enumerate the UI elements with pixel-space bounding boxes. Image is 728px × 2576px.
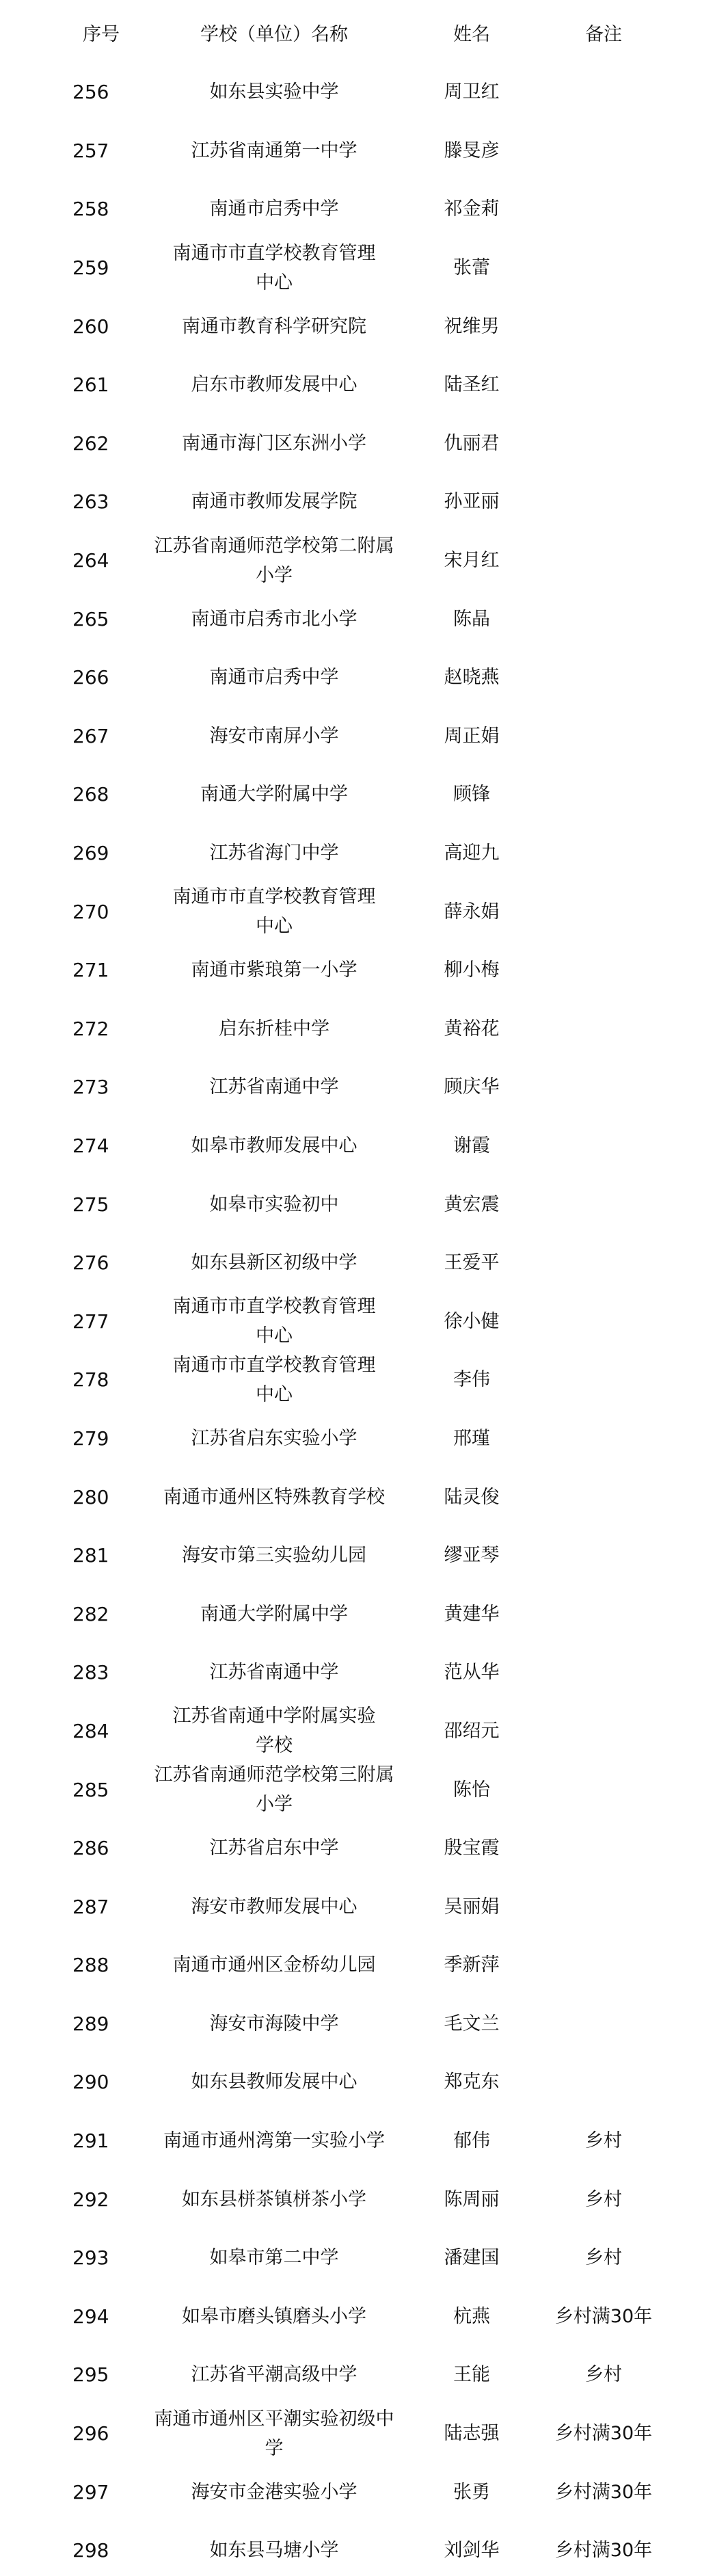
cell-school-line: 南通市通州区平潮实验初级中 — [154, 2404, 394, 2434]
table-row: 269江苏省海门中学高迎九 — [0, 824, 728, 883]
cell-school-line: 启东市教师发展中心 — [191, 370, 358, 399]
cell-seq: 272 — [62, 1000, 141, 1059]
cell-school-line: 南通市市直学校教育管理 — [173, 882, 376, 912]
table-row: 294如皋市磨头镇磨头小学杭燕乡村满30年 — [0, 2287, 728, 2346]
cell-seq: 291 — [62, 2112, 141, 2170]
table-row: 283江苏省南通中学范从华 — [0, 1643, 728, 1702]
cell-name: 薛永娟 — [417, 882, 526, 941]
cell-seq: 260 — [62, 297, 141, 356]
cell-remark: 乡村 — [533, 2346, 674, 2404]
cell-school: 江苏省启东实验小学 — [141, 1409, 407, 1468]
cell-name: 黄建华 — [417, 1584, 526, 1643]
cell-school-line: 江苏省海门中学 — [210, 838, 339, 868]
cell-seq: 275 — [62, 1175, 141, 1234]
cell-remark — [533, 239, 674, 297]
cell-school: 南通市教育科学研究院 — [141, 297, 407, 356]
cell-school: 启东折桂中学 — [141, 1000, 407, 1059]
cell-name: 滕旻彦 — [417, 122, 526, 181]
cell-remark — [533, 648, 674, 707]
cell-remark: 乡村 — [533, 2112, 674, 2170]
cell-school: 江苏省海门中学 — [141, 824, 407, 883]
cell-name: 宋月红 — [417, 531, 526, 590]
table-row: 272启东折桂中学黄裕花 — [0, 1000, 728, 1059]
table-row: 279江苏省启东实验小学邢瑾 — [0, 1409, 728, 1468]
cell-remark — [533, 765, 674, 824]
cell-seq: 288 — [62, 1936, 141, 1995]
cell-school: 如皋市教师发展中心 — [141, 1117, 407, 1176]
cell-seq: 266 — [62, 648, 141, 707]
cell-school: 南通市市直学校教育管理中心 — [141, 239, 407, 297]
cell-school-line: 江苏省启东中学 — [210, 1833, 339, 1863]
cell-seq: 268 — [62, 765, 141, 824]
cell-seq: 290 — [62, 2053, 141, 2112]
cell-name: 王爱平 — [417, 1234, 526, 1292]
cell-remark — [533, 589, 674, 648]
cell-school-line: 江苏省南通中学附属实验 — [173, 1701, 376, 1731]
cell-school: 江苏省南通第一中学 — [141, 122, 407, 181]
cell-school: 南通市通州区平潮实验初级中学 — [141, 2404, 407, 2463]
cell-school-line: 中心 — [256, 1380, 293, 1409]
cell-remark: 乡村满30年 — [533, 2521, 674, 2576]
cell-school-line: 江苏省南通师范学校第三附属 — [154, 1760, 394, 1790]
cell-school-line: 小学 — [256, 1790, 293, 1819]
cell-school-line: 南通市启秀中学 — [210, 663, 339, 692]
table-row: 266南通市启秀中学赵晓燕 — [0, 648, 728, 707]
cell-name: 黄裕花 — [417, 1000, 526, 1059]
table-row: 259南通市市直学校教育管理中心张蕾 — [0, 239, 728, 297]
cell-school: 海安市第三实验幼儿园 — [141, 1526, 407, 1585]
cell-school: 如皋市实验初中 — [141, 1175, 407, 1234]
cell-name: 顾庆华 — [417, 1058, 526, 1117]
cell-school-line: 学校 — [256, 1731, 293, 1760]
cell-school: 南通市海门区东洲小学 — [141, 414, 407, 473]
table-row: 278南通市市直学校教育管理中心李伟 — [0, 1351, 728, 1409]
cell-remark — [533, 1000, 674, 1059]
cell-seq: 261 — [62, 356, 141, 414]
table-row: 263南通市教师发展学院孙亚丽 — [0, 473, 728, 531]
cell-school-line: 南通市通州区金桥幼儿园 — [173, 1950, 376, 1980]
table-row: 298如东县马塘小学刘剑华乡村满30年 — [0, 2521, 728, 2576]
cell-seq: 287 — [62, 1877, 141, 1936]
cell-seq: 297 — [62, 2462, 141, 2521]
table-row: 282南通大学附属中学黄建华 — [0, 1584, 728, 1643]
cell-remark — [533, 1468, 674, 1526]
cell-school: 海安市海陵中学 — [141, 1995, 407, 2054]
cell-seq: 259 — [62, 239, 141, 297]
cell-name: 徐小健 — [417, 1292, 526, 1351]
table-row: 258南通市启秀中学祁金莉 — [0, 180, 728, 239]
table-row: 284江苏省南通中学附属实验学校邵绍元 — [0, 1702, 728, 1761]
cell-seq: 274 — [62, 1117, 141, 1176]
table-row: 277南通市市直学校教育管理中心徐小健 — [0, 1292, 728, 1351]
cell-seq: 273 — [62, 1058, 141, 1117]
cell-school-line: 如皋市第二中学 — [210, 2243, 339, 2272]
cell-school: 南通市市直学校教育管理中心 — [141, 1351, 407, 1409]
cell-name: 邢瑾 — [417, 1409, 526, 1468]
cell-seq: 271 — [62, 941, 141, 1000]
cell-name: 陈周丽 — [417, 2170, 526, 2229]
table-row: 292如东县栟茶镇栟茶小学陈周丽乡村 — [0, 2170, 728, 2229]
cell-school-line: 小学 — [256, 561, 293, 590]
table-row: 287海安市教师发展中心吴丽娟 — [0, 1877, 728, 1936]
cell-remark — [533, 473, 674, 531]
cell-remark — [533, 1175, 674, 1234]
cell-name: 黄宏震 — [417, 1175, 526, 1234]
cell-school-line: 南通市市直学校教育管理 — [173, 239, 376, 268]
cell-name: 陆灵俊 — [417, 1468, 526, 1526]
cell-seq: 277 — [62, 1292, 141, 1351]
cell-seq: 256 — [62, 63, 141, 122]
table-row: 257江苏省南通第一中学滕旻彦 — [0, 122, 728, 181]
cell-name: 陆圣红 — [417, 356, 526, 414]
cell-school: 如东县教师发展中心 — [141, 2053, 407, 2112]
cell-name: 祝维男 — [417, 297, 526, 356]
cell-name: 赵晓燕 — [417, 648, 526, 707]
cell-school-line: 如东县实验中学 — [210, 77, 339, 107]
cell-school: 南通市启秀中学 — [141, 180, 407, 239]
cell-seq: 263 — [62, 473, 141, 531]
cell-school-line: 启东折桂中学 — [219, 1014, 329, 1044]
cell-school-line: 南通市紫琅第一小学 — [191, 955, 358, 985]
cell-school: 南通大学附属中学 — [141, 765, 407, 824]
cell-school-line: 如东县栟茶镇栟茶小学 — [182, 2185, 366, 2214]
cell-seq: 294 — [62, 2287, 141, 2346]
cell-school-line: 学 — [265, 2434, 284, 2463]
cell-school: 如东县栟茶镇栟茶小学 — [141, 2170, 407, 2229]
cell-seq: 298 — [62, 2521, 141, 2576]
cell-name: 周卫红 — [417, 63, 526, 122]
cell-remark — [533, 1877, 674, 1936]
cell-name: 范从华 — [417, 1643, 526, 1702]
cell-school: 江苏省南通师范学校第二附属小学 — [141, 531, 407, 590]
table-row: 260南通市教育科学研究院祝维男 — [0, 297, 728, 356]
cell-seq: 283 — [62, 1643, 141, 1702]
cell-school: 江苏省南通中学 — [141, 1058, 407, 1117]
cell-school-line: 南通市海门区东洲小学 — [182, 429, 366, 458]
cell-seq: 267 — [62, 707, 141, 766]
cell-school-line: 海安市第三实验幼儿园 — [182, 1541, 366, 1570]
cell-school: 南通市启秀中学 — [141, 648, 407, 707]
cell-school-line: 中心 — [256, 1321, 293, 1351]
cell-school-line: 江苏省南通师范学校第二附属 — [154, 531, 394, 561]
cell-school: 江苏省南通师范学校第三附属小学 — [141, 1760, 407, 1819]
table-row: 291南通市通州湾第一实验小学郁伟乡村 — [0, 2112, 728, 2170]
table-row: 256如东县实验中学周卫红 — [0, 63, 728, 122]
cell-remark — [533, 1117, 674, 1176]
cell-name: 李伟 — [417, 1351, 526, 1409]
cell-name: 殷宝霞 — [417, 1819, 526, 1878]
table-header-row: 序号 学校（单位）名称 姓名 备注 — [0, 5, 728, 63]
cell-name: 陈怡 — [417, 1760, 526, 1819]
cell-school: 海安市南屏小学 — [141, 707, 407, 766]
cell-school-line: 江苏省平潮高级中学 — [191, 2360, 358, 2389]
cell-school-line: 如东县新区初级中学 — [191, 1248, 358, 1277]
cell-school: 南通市市直学校教育管理中心 — [141, 1292, 407, 1351]
table-row: 293如皋市第二中学潘建国乡村 — [0, 2229, 728, 2287]
cell-seq: 285 — [62, 1760, 141, 1819]
table-row: 290如东县教师发展中心郑克东 — [0, 2053, 728, 2112]
cell-seq: 262 — [62, 414, 141, 473]
cell-school: 如东县实验中学 — [141, 63, 407, 122]
table-row: 296南通市通州区平潮实验初级中学陆志强乡村满30年 — [0, 2404, 728, 2463]
cell-seq: 295 — [62, 2346, 141, 2404]
cell-remark — [533, 1292, 674, 1351]
cell-seq: 292 — [62, 2170, 141, 2229]
cell-remark — [533, 180, 674, 239]
cell-seq: 257 — [62, 122, 141, 181]
cell-school-line: 南通市通州湾第一实验小学 — [163, 2126, 385, 2155]
table-row: 271南通市紫琅第一小学柳小梅 — [0, 941, 728, 1000]
cell-remark — [533, 941, 674, 1000]
cell-remark — [533, 824, 674, 883]
cell-remark — [533, 1409, 674, 1468]
cell-remark: 乡村满30年 — [533, 2404, 674, 2463]
cell-name: 郁伟 — [417, 2112, 526, 2170]
cell-school-line: 江苏省南通第一中学 — [191, 136, 358, 165]
table-row: 297海安市金港实验小学张勇乡村满30年 — [0, 2462, 728, 2521]
cell-remark — [533, 1819, 674, 1878]
cell-school-line: 南通市启秀中学 — [210, 194, 339, 224]
cell-school-line: 江苏省南通中学 — [210, 1072, 339, 1102]
cell-name: 邵绍元 — [417, 1702, 526, 1761]
cell-school-line: 如皋市磨头镇磨头小学 — [182, 2302, 366, 2331]
cell-seq: 281 — [62, 1526, 141, 1585]
cell-school-line: 南通市教师发展学院 — [191, 487, 358, 516]
table-row: 276如东县新区初级中学王爱平 — [0, 1234, 728, 1292]
cell-school-line: 中心 — [256, 912, 293, 941]
cell-school-line: 如皋市教师发展中心 — [191, 1131, 358, 1160]
table-row: 264江苏省南通师范学校第二附属小学宋月红 — [0, 531, 728, 590]
cell-remark — [533, 1584, 674, 1643]
cell-seq: 265 — [62, 589, 141, 648]
cell-school: 南通市通州区金桥幼儿园 — [141, 1936, 407, 1995]
cell-remark — [533, 297, 674, 356]
cell-name: 柳小梅 — [417, 941, 526, 1000]
cell-school: 海安市教师发展中心 — [141, 1877, 407, 1936]
cell-school-line: 江苏省南通中学 — [210, 1658, 339, 1687]
cell-name: 郑克东 — [417, 2053, 526, 2112]
cell-name: 陈晶 — [417, 589, 526, 648]
table-row: 265南通市启秀市北小学陈晶 — [0, 589, 728, 648]
cell-remark — [533, 1526, 674, 1585]
table-body: 256如东县实验中学周卫红257江苏省南通第一中学滕旻彦258南通市启秀中学祁金… — [0, 63, 728, 2576]
cell-school: 海安市金港实验小学 — [141, 2462, 407, 2521]
header-seq: 序号 — [62, 5, 141, 63]
cell-remark — [533, 1995, 674, 2054]
cell-seq: 284 — [62, 1702, 141, 1761]
cell-school: 南通市通州湾第一实验小学 — [141, 2112, 407, 2170]
cell-remark — [533, 1702, 674, 1761]
cell-school-line: 南通市市直学校教育管理 — [173, 1292, 376, 1321]
cell-remark — [533, 63, 674, 122]
cell-school: 南通大学附属中学 — [141, 1584, 407, 1643]
cell-name: 张蕾 — [417, 239, 526, 297]
table-row: 286江苏省启东中学殷宝霞 — [0, 1819, 728, 1878]
cell-name: 陆志强 — [417, 2404, 526, 2463]
cell-name: 祁金莉 — [417, 180, 526, 239]
cell-remark — [533, 1936, 674, 1995]
cell-remark — [533, 356, 674, 414]
cell-remark — [533, 2053, 674, 2112]
cell-school-line: 江苏省启东实验小学 — [191, 1424, 358, 1453]
table-row: 262南通市海门区东洲小学仇丽君 — [0, 414, 728, 473]
cell-school-line: 如东县教师发展中心 — [191, 2067, 358, 2097]
cell-name: 仇丽君 — [417, 414, 526, 473]
cell-seq: 258 — [62, 180, 141, 239]
cell-name: 张勇 — [417, 2462, 526, 2521]
cell-seq: 278 — [62, 1351, 141, 1409]
cell-name: 谢霞 — [417, 1117, 526, 1176]
header-remark: 备注 — [533, 5, 674, 63]
table-row: 288南通市通州区金桥幼儿园季新萍 — [0, 1936, 728, 1995]
cell-school-line: 海安市南屏小学 — [210, 721, 339, 751]
table-row: 281海安市第三实验幼儿园缪亚琴 — [0, 1526, 728, 1585]
cell-school-line: 南通市教育科学研究院 — [182, 312, 366, 341]
cell-name: 吴丽娟 — [417, 1877, 526, 1936]
cell-seq: 264 — [62, 531, 141, 590]
cell-name: 王能 — [417, 2346, 526, 2404]
cell-remark: 乡村满30年 — [533, 2287, 674, 2346]
cell-seq: 280 — [62, 1468, 141, 1526]
cell-remark — [533, 882, 674, 941]
cell-remark — [533, 707, 674, 766]
table-row: 274如皋市教师发展中心谢霞 — [0, 1117, 728, 1176]
cell-school: 江苏省南通中学 — [141, 1643, 407, 1702]
table-row: 267海安市南屏小学周正娟 — [0, 707, 728, 766]
cell-name: 高迎九 — [417, 824, 526, 883]
cell-seq: 276 — [62, 1234, 141, 1292]
cell-school: 如东县马塘小学 — [141, 2521, 407, 2576]
cell-school-line: 中心 — [256, 268, 293, 297]
cell-school-line: 如东县马塘小学 — [210, 2536, 339, 2565]
cell-school: 江苏省启东中学 — [141, 1819, 407, 1878]
cell-seq: 293 — [62, 2229, 141, 2287]
cell-seq: 282 — [62, 1584, 141, 1643]
cell-seq: 289 — [62, 1995, 141, 2054]
cell-name: 周正娟 — [417, 707, 526, 766]
cell-seq: 269 — [62, 824, 141, 883]
cell-school-line: 如皋市实验初中 — [210, 1190, 339, 1219]
cell-name: 刘剑华 — [417, 2521, 526, 2576]
table-row: 275如皋市实验初中黄宏震 — [0, 1175, 728, 1234]
cell-remark — [533, 1058, 674, 1117]
cell-name: 毛文兰 — [417, 1995, 526, 2054]
cell-school-line: 海安市海陵中学 — [210, 2009, 339, 2039]
table-row: 273江苏省南通中学顾庆华 — [0, 1058, 728, 1117]
table-row: 285江苏省南通师范学校第三附属小学陈怡 — [0, 1760, 728, 1819]
cell-remark — [533, 1760, 674, 1819]
cell-school-line: 海安市教师发展中心 — [191, 1892, 358, 1922]
cell-school: 南通市教师发展学院 — [141, 473, 407, 531]
cell-school: 启东市教师发展中心 — [141, 356, 407, 414]
cell-seq: 279 — [62, 1409, 141, 1468]
cell-school-line: 南通大学附属中学 — [200, 1599, 348, 1629]
cell-remark — [533, 414, 674, 473]
cell-school: 江苏省南通中学附属实验学校 — [141, 1702, 407, 1761]
cell-school: 南通市市直学校教育管理中心 — [141, 882, 407, 941]
teacher-list-table: 序号 学校（单位）名称 姓名 备注 256如东县实验中学周卫红257江苏省南通第… — [0, 5, 728, 2576]
cell-school: 南通市通州区特殊教育学校 — [141, 1468, 407, 1526]
cell-school-line: 南通市启秀市北小学 — [191, 605, 358, 634]
cell-remark — [533, 531, 674, 590]
table-row: 289海安市海陵中学毛文兰 — [0, 1995, 728, 2054]
cell-school: 南通市紫琅第一小学 — [141, 941, 407, 1000]
cell-name: 顾锋 — [417, 765, 526, 824]
cell-remark — [533, 1234, 674, 1292]
header-school: 学校（单位）名称 — [141, 5, 407, 63]
cell-school: 南通市启秀市北小学 — [141, 589, 407, 648]
cell-school-line: 南通大学附属中学 — [200, 780, 348, 809]
table-row: 268南通大学附属中学顾锋 — [0, 765, 728, 824]
cell-school-line: 南通市市直学校教育管理 — [173, 1351, 376, 1380]
cell-remark: 乡村满30年 — [533, 2462, 674, 2521]
cell-seq: 286 — [62, 1819, 141, 1878]
cell-school: 如皋市第二中学 — [141, 2229, 407, 2287]
cell-remark: 乡村 — [533, 2229, 674, 2287]
cell-school-line: 海安市金港实验小学 — [191, 2478, 358, 2507]
header-name: 姓名 — [417, 5, 526, 63]
cell-name: 杭燕 — [417, 2287, 526, 2346]
cell-remark — [533, 1643, 674, 1702]
cell-school: 江苏省平潮高级中学 — [141, 2346, 407, 2404]
cell-seq: 270 — [62, 882, 141, 941]
cell-school: 如东县新区初级中学 — [141, 1234, 407, 1292]
table-row: 270南通市市直学校教育管理中心薛永娟 — [0, 882, 728, 941]
cell-school-line: 南通市通州区特殊教育学校 — [163, 1483, 385, 1512]
cell-name: 季新萍 — [417, 1936, 526, 1995]
table-row: 280南通市通州区特殊教育学校陆灵俊 — [0, 1468, 728, 1526]
cell-seq: 296 — [62, 2404, 141, 2463]
table-row: 295江苏省平潮高级中学王能乡村 — [0, 2346, 728, 2404]
cell-name: 孙亚丽 — [417, 473, 526, 531]
cell-remark: 乡村 — [533, 2170, 674, 2229]
cell-name: 潘建国 — [417, 2229, 526, 2287]
cell-remark — [533, 1351, 674, 1409]
cell-school: 如皋市磨头镇磨头小学 — [141, 2287, 407, 2346]
cell-name: 缪亚琴 — [417, 1526, 526, 1585]
cell-remark — [533, 122, 674, 181]
table-row: 261启东市教师发展中心陆圣红 — [0, 356, 728, 414]
